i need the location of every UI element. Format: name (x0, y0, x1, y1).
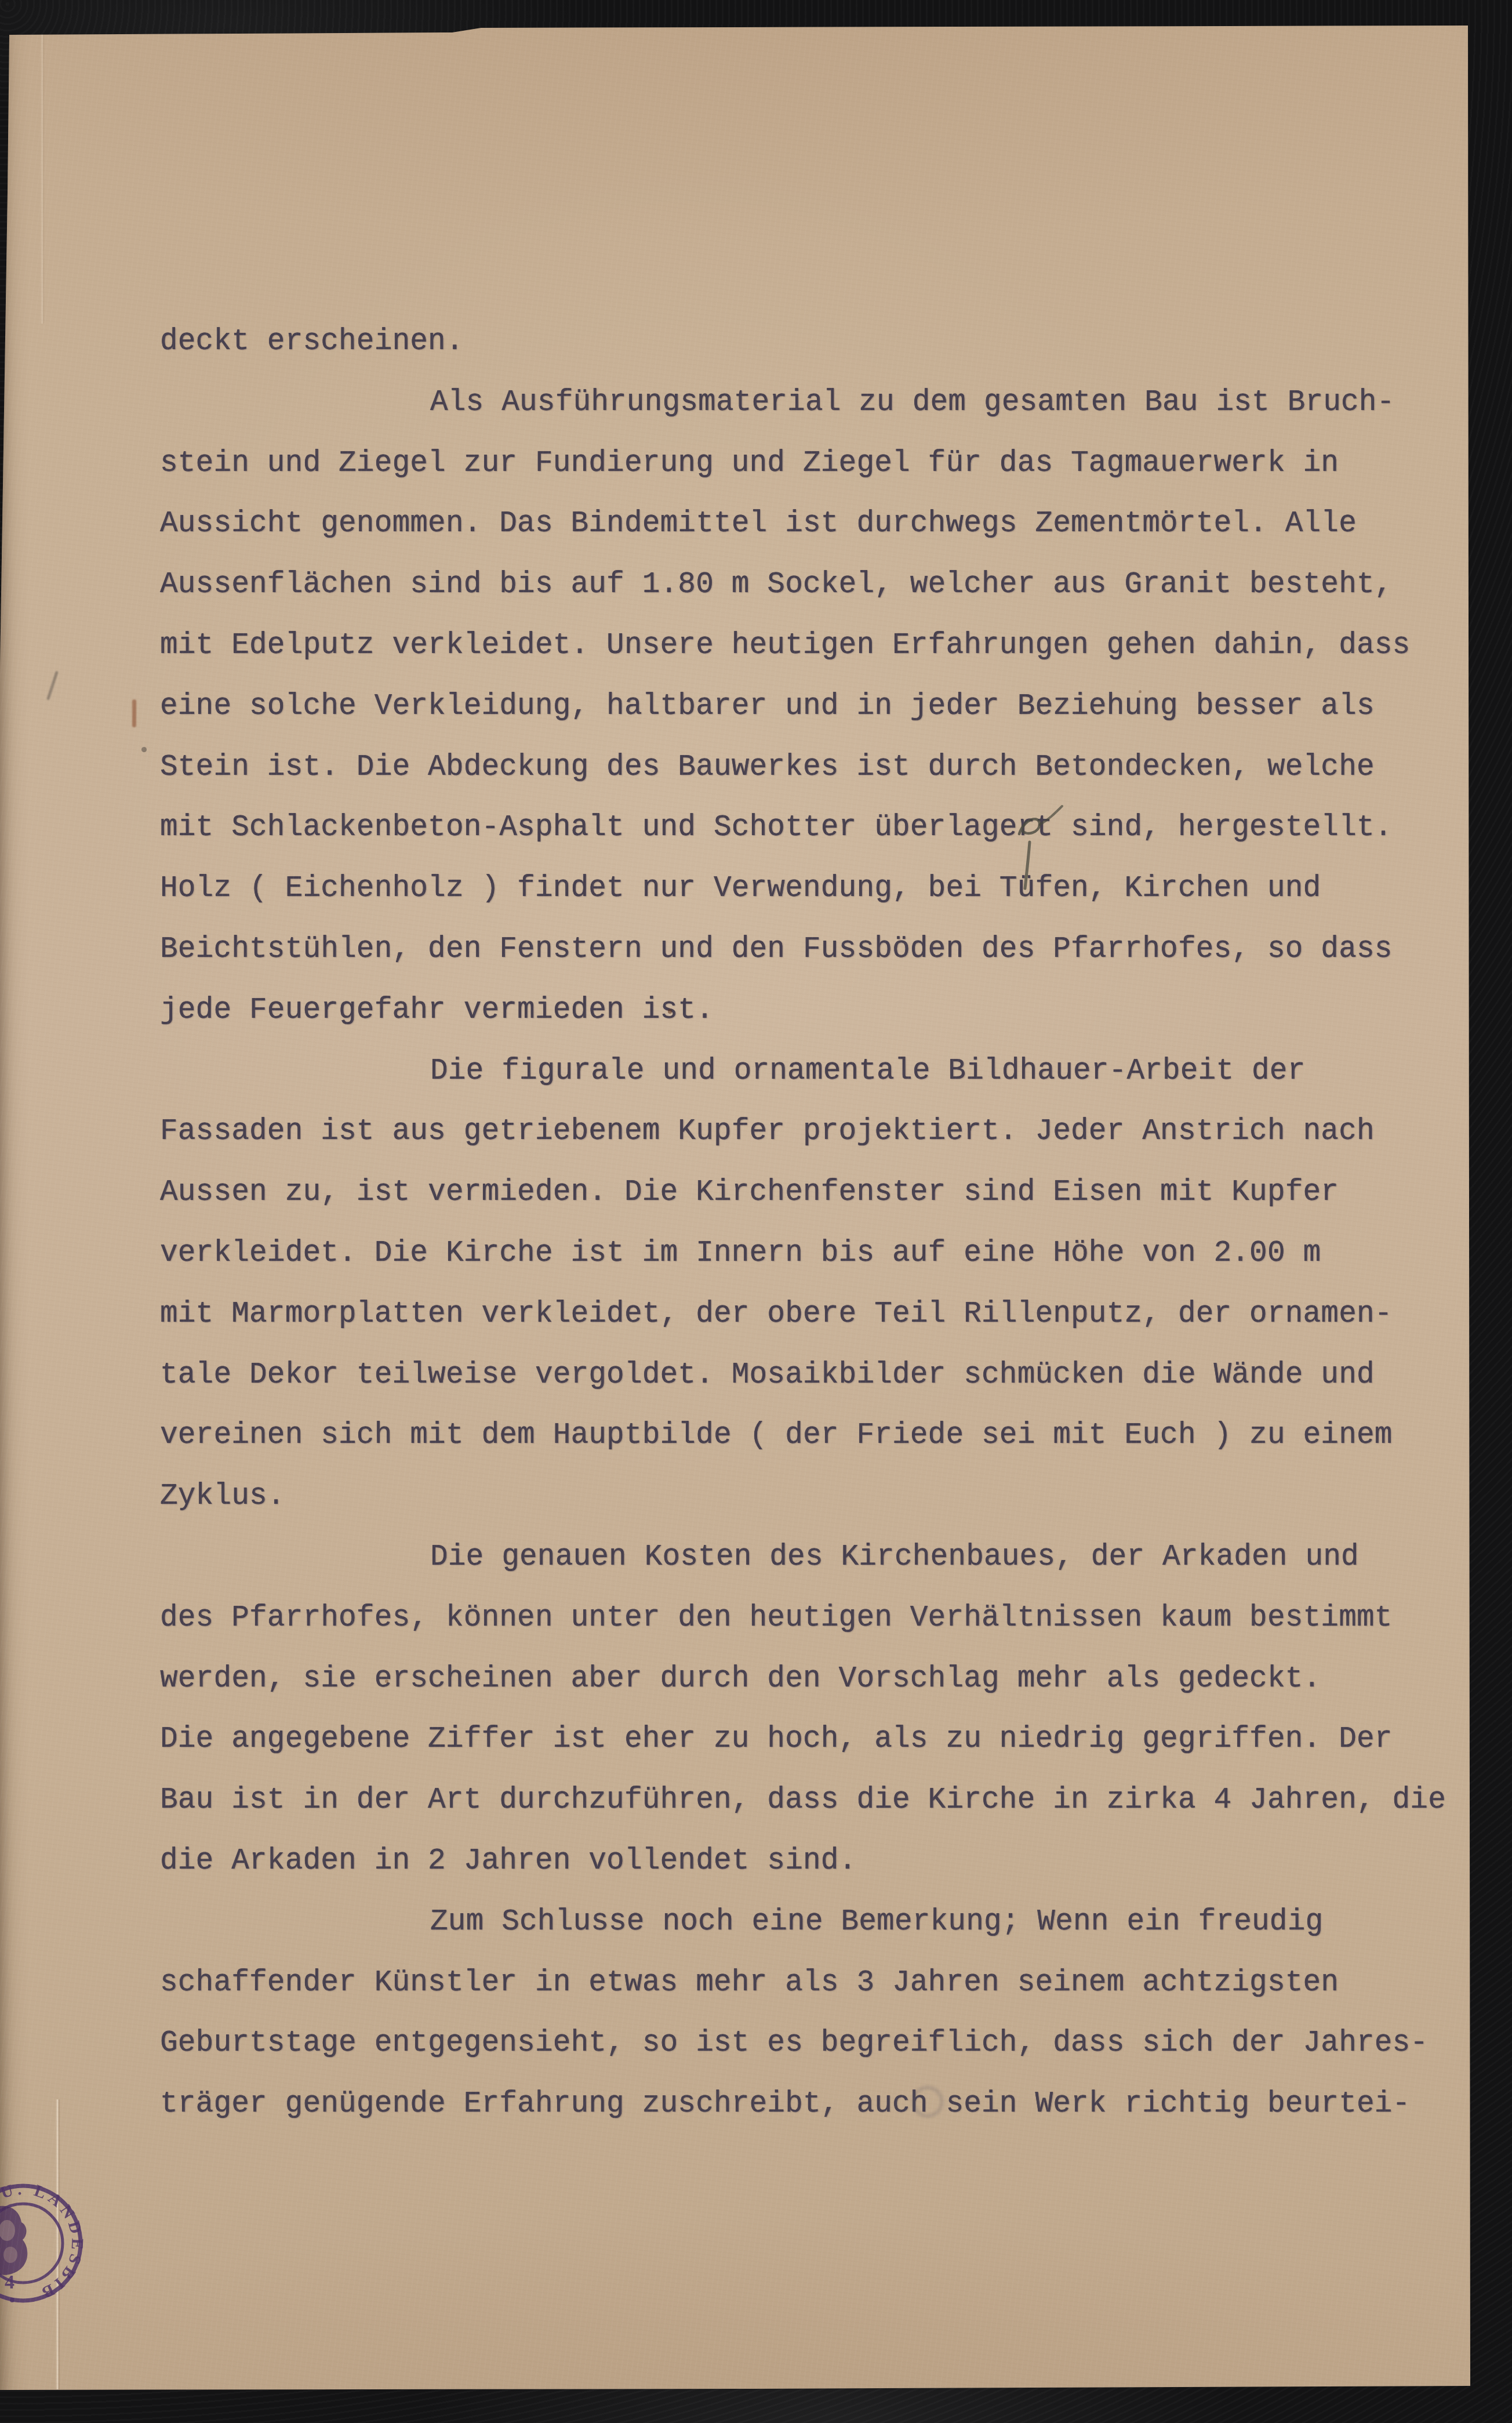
typewritten-line: werden, sie erscheinen aber durch den Vo… (160, 1662, 1321, 1697)
paper-fleck (385, 1680, 388, 1683)
typewritten-line: die Arkaden in 2 Jahren vollendet sind. (160, 1844, 856, 1879)
typewritten-text-block: deckt erscheinen.Als Ausführungsmaterial… (0, 0, 1512, 2423)
pencil-mark-dot (141, 747, 147, 752)
scan-viewport: { "page": { "kind": "scanned typewritten… (0, 0, 1512, 2423)
typewritten-line: des Pfarrhofes, können unter den heutige… (160, 1601, 1393, 1636)
handwritten-correction-mark (997, 804, 1090, 902)
typewritten-line: Geburtstage entgegensieht, so ist es beg… (160, 2026, 1428, 2061)
typewritten-line: mit Marmorplatten verkleidet, der obere … (160, 1297, 1393, 1332)
typewritten-line: deckt erscheinen. (160, 325, 464, 360)
typewritten-line: Zum Schlusse noch eine Bemerkung; Wenn e… (430, 1905, 1323, 1940)
stamp-portrait-bust (0, 2206, 27, 2275)
typewritten-line: Aussicht genommen. Das Bindemittel ist d… (160, 507, 1357, 542)
typewritten-line: mit Schlackenbeton-Asphalt und Schotter … (160, 811, 1393, 846)
typewritten-line: träger genügende Erfahrung zuschreibt, a… (160, 2087, 1410, 2122)
typewritten-line: Aussenflächen sind bis auf 1.80 m Sockel… (160, 568, 1393, 603)
typewritten-line: stein und Ziegel zur Fundierung und Zieg… (160, 447, 1339, 481)
typewritten-line: tale Dekor teilweise vergoldet. Mosaikbi… (160, 1358, 1375, 1393)
brown-streak-mark (132, 699, 136, 727)
typewritten-line: Die figurale und ornamentale Bildhauer-A… (430, 1054, 1305, 1089)
typewritten-line: Bau ist in der Art durchzuführen, dass d… (160, 1783, 1446, 1818)
stamp-number: 4 (5, 2272, 14, 2293)
typewritten-line: Die genauen Kosten des Kirchenbaues, der… (430, 1540, 1359, 1575)
typewritten-line: Zyklus. (160, 1479, 285, 1514)
paper-smudge (909, 2081, 946, 2123)
typewritten-line: Die angegebene Ziffer ist eher zu hoch, … (160, 1722, 1393, 1757)
document-page: deckt erscheinen.Als Ausführungsmaterial… (0, 0, 1512, 2423)
typewritten-line: vereinen sich mit dem Hauptbilde ( der F… (160, 1419, 1393, 1453)
typewritten-line: Aussen zu, ist vermieden. Die Kirchenfen… (160, 1176, 1339, 1210)
typewritten-line: Fassaden ist aus getriebenem Kupfer proj… (160, 1115, 1375, 1149)
typewritten-line: verkleidet. Die Kirche ist im Innern bis… (160, 1236, 1321, 1271)
typewritten-line: eine solche Verkleidung, haltbarer und i… (160, 690, 1375, 724)
typewritten-line: Beichtstühlen, den Fenstern und den Fuss… (160, 933, 1393, 967)
typewritten-line: Holz ( Eichenholz ) findet nur Verwendun… (160, 872, 1321, 906)
paper-fleck (1139, 690, 1142, 693)
typewritten-line: jede Feuergefahr vermieden ist. (160, 993, 714, 1028)
typewritten-line: mit Edelputz verkleidet. Unsere heutigen… (160, 629, 1410, 663)
library-stamp: DT- U. LANDESBIBL 4 (0, 2162, 104, 2324)
typewritten-line: schaffender Künstler in etwas mehr als 3… (160, 1966, 1339, 2001)
paper-fleck (668, 1009, 672, 1014)
typewritten-line: Als Ausführungsmaterial zu dem gesamten … (430, 386, 1394, 420)
typewritten-line: Stein ist. Die Abdeckung des Bauwerkes i… (160, 750, 1375, 785)
